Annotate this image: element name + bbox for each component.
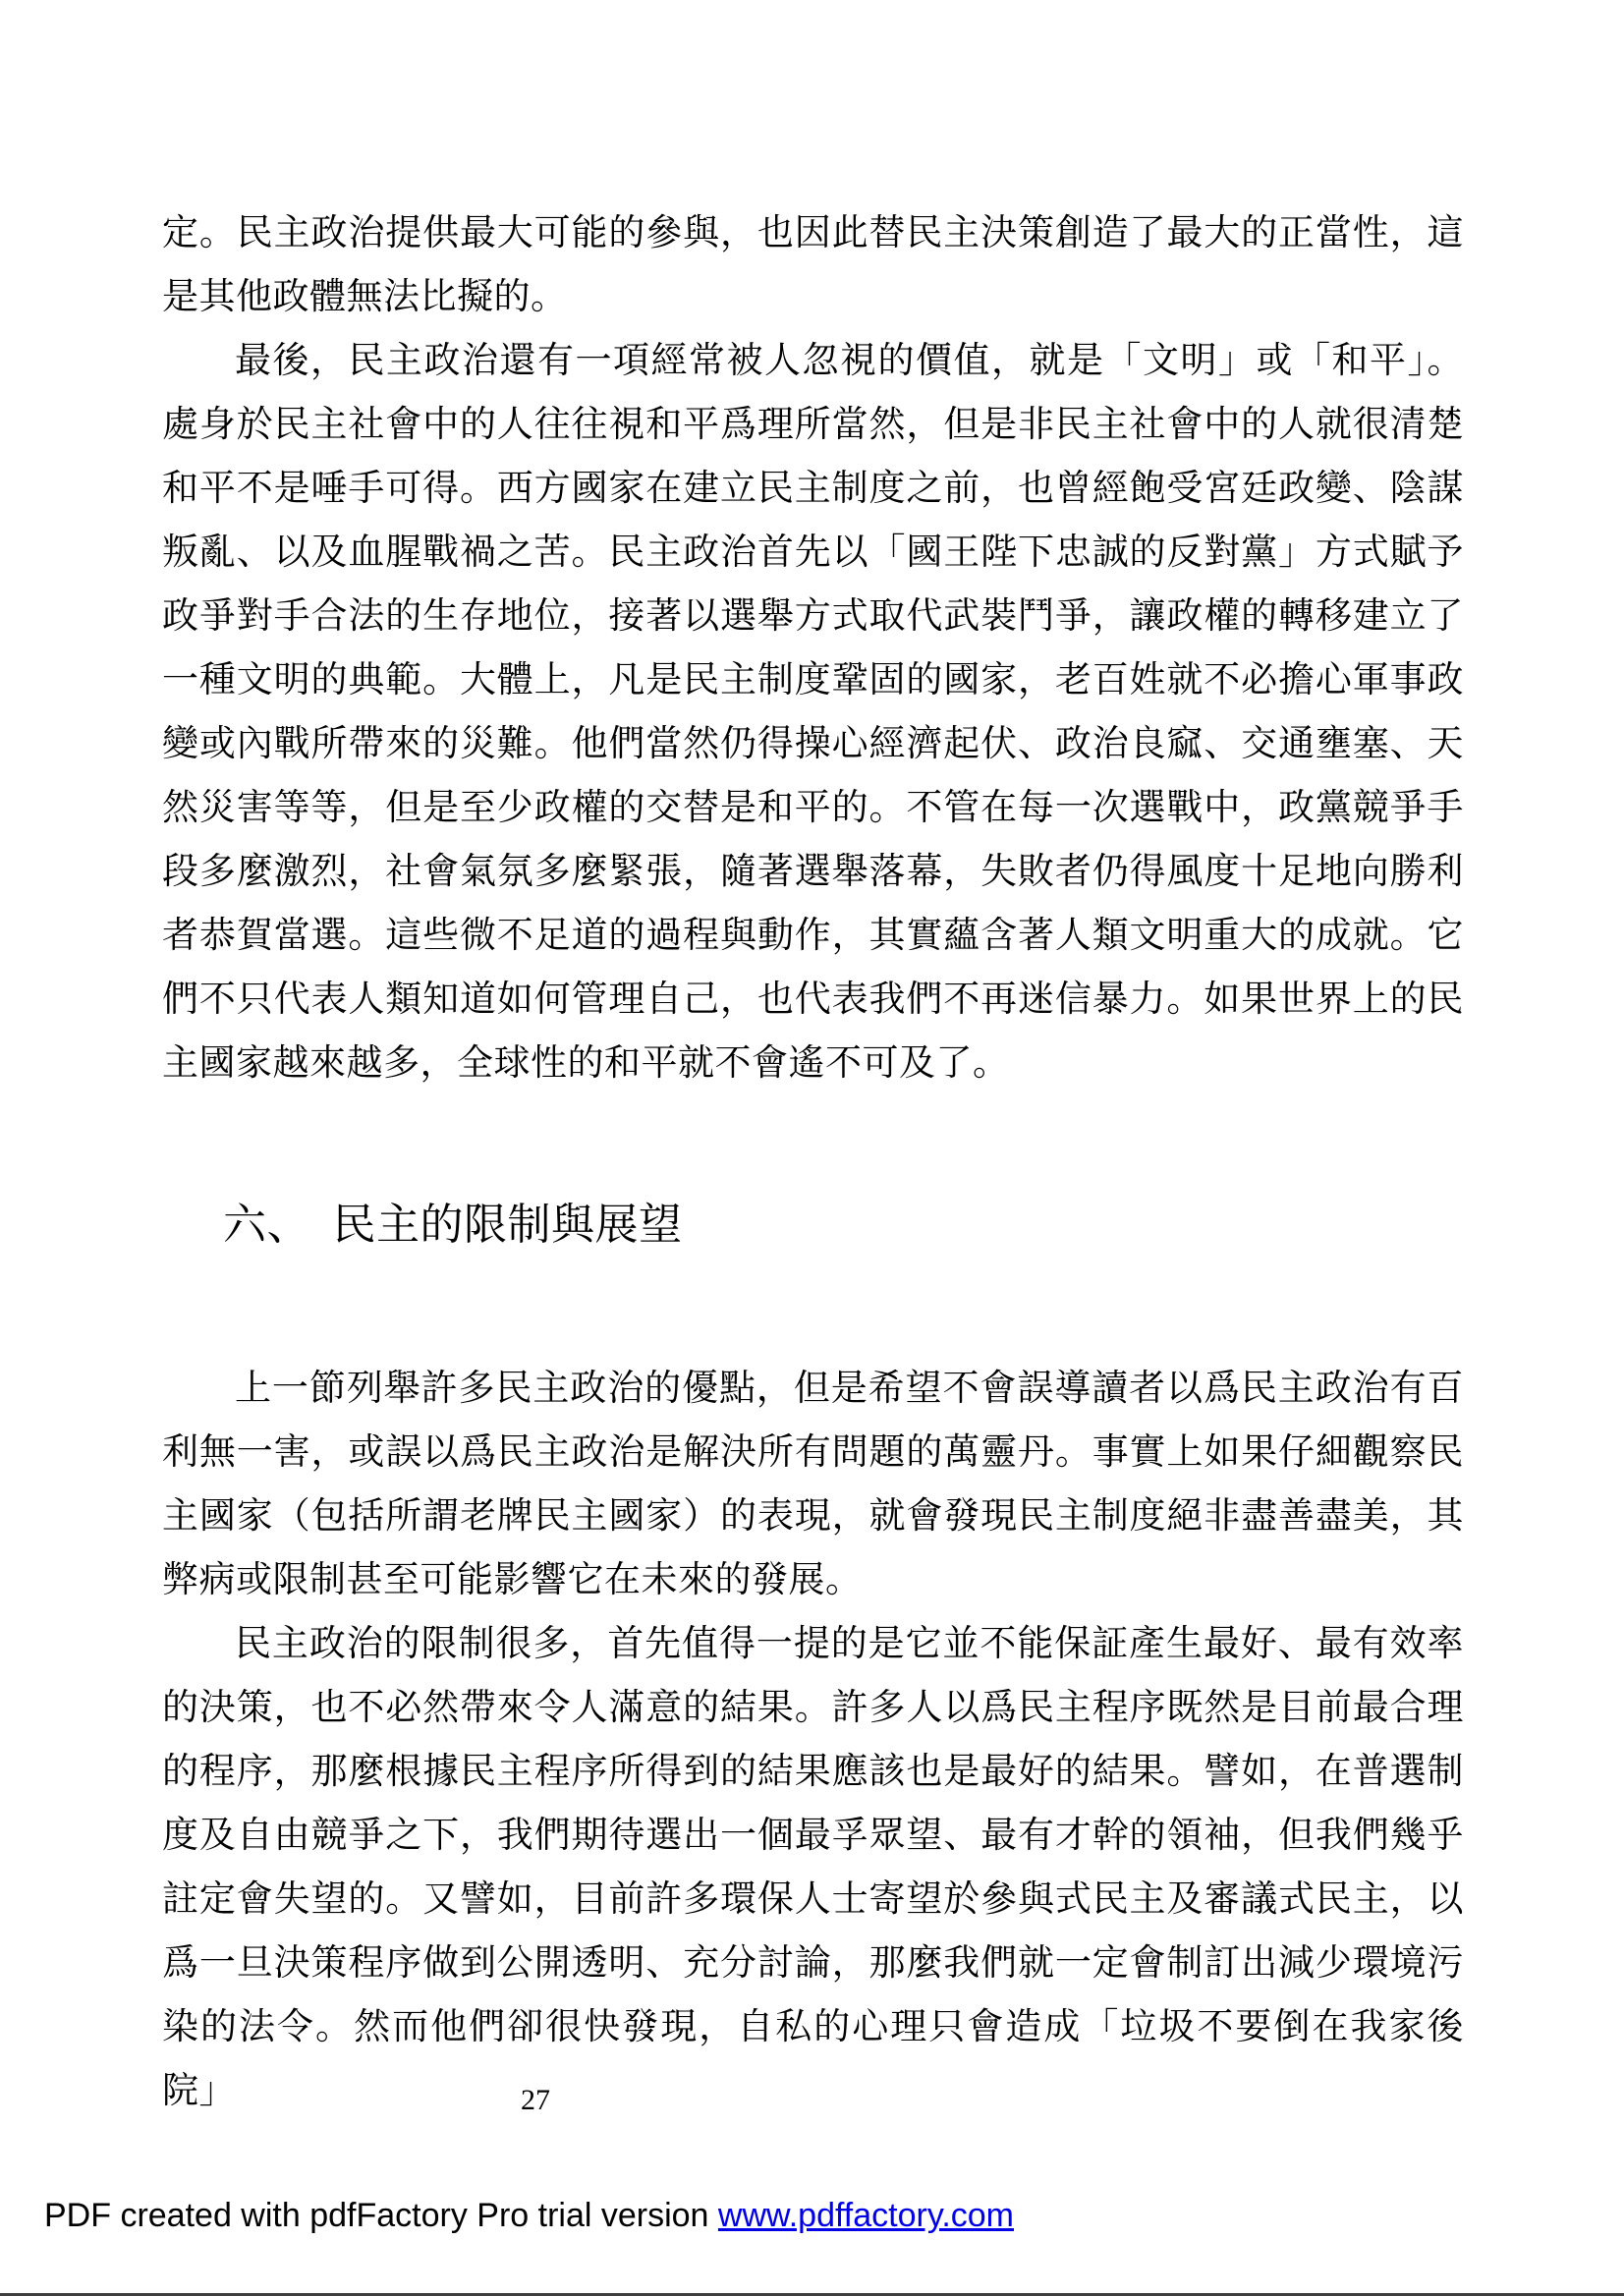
footer-text: PDF created with pdfFactory Pro trial ve…: [44, 2197, 718, 2234]
body-paragraph-intro-limits: 上一節列舉許多民主政治的優點，但是希望不會誤導讀者以爲民主政治有百利無一害，或誤…: [162, 1357, 1464, 1612]
section-heading: 六、 民主的限制與展望: [223, 1197, 1464, 1254]
document-page: 定。民主政治提供最大可能的參與，也因此替民主決策創造了最大的正當性，這是其他政體…: [0, 0, 1624, 2296]
body-paragraph-limits-detail: 民主政治的限制很多，首先值得一提的是它並不能保証產生最好、最有效率的決策，也不必…: [162, 1612, 1464, 2123]
body-paragraph-continuation: 定。民主政治提供最大可能的參與，也因此替民主決策創造了最大的正當性，這是其他政體…: [162, 201, 1464, 329]
page-number: 27: [496, 2083, 575, 2118]
pdffactory-link[interactable]: www.pdffactory.com: [718, 2197, 1014, 2234]
body-paragraph-peace: 最後，民主政治還有一項經常被人忽視的價值，就是「文明」或「和平」。處身於民主社會…: [162, 329, 1464, 1095]
pdffactory-footer: PDF created with pdfFactory Pro trial ve…: [44, 2195, 1014, 2236]
text-block: 定。民主政治提供最大可能的參與，也因此替民主決策創造了最大的正當性，這是其他政體…: [162, 201, 1464, 2123]
